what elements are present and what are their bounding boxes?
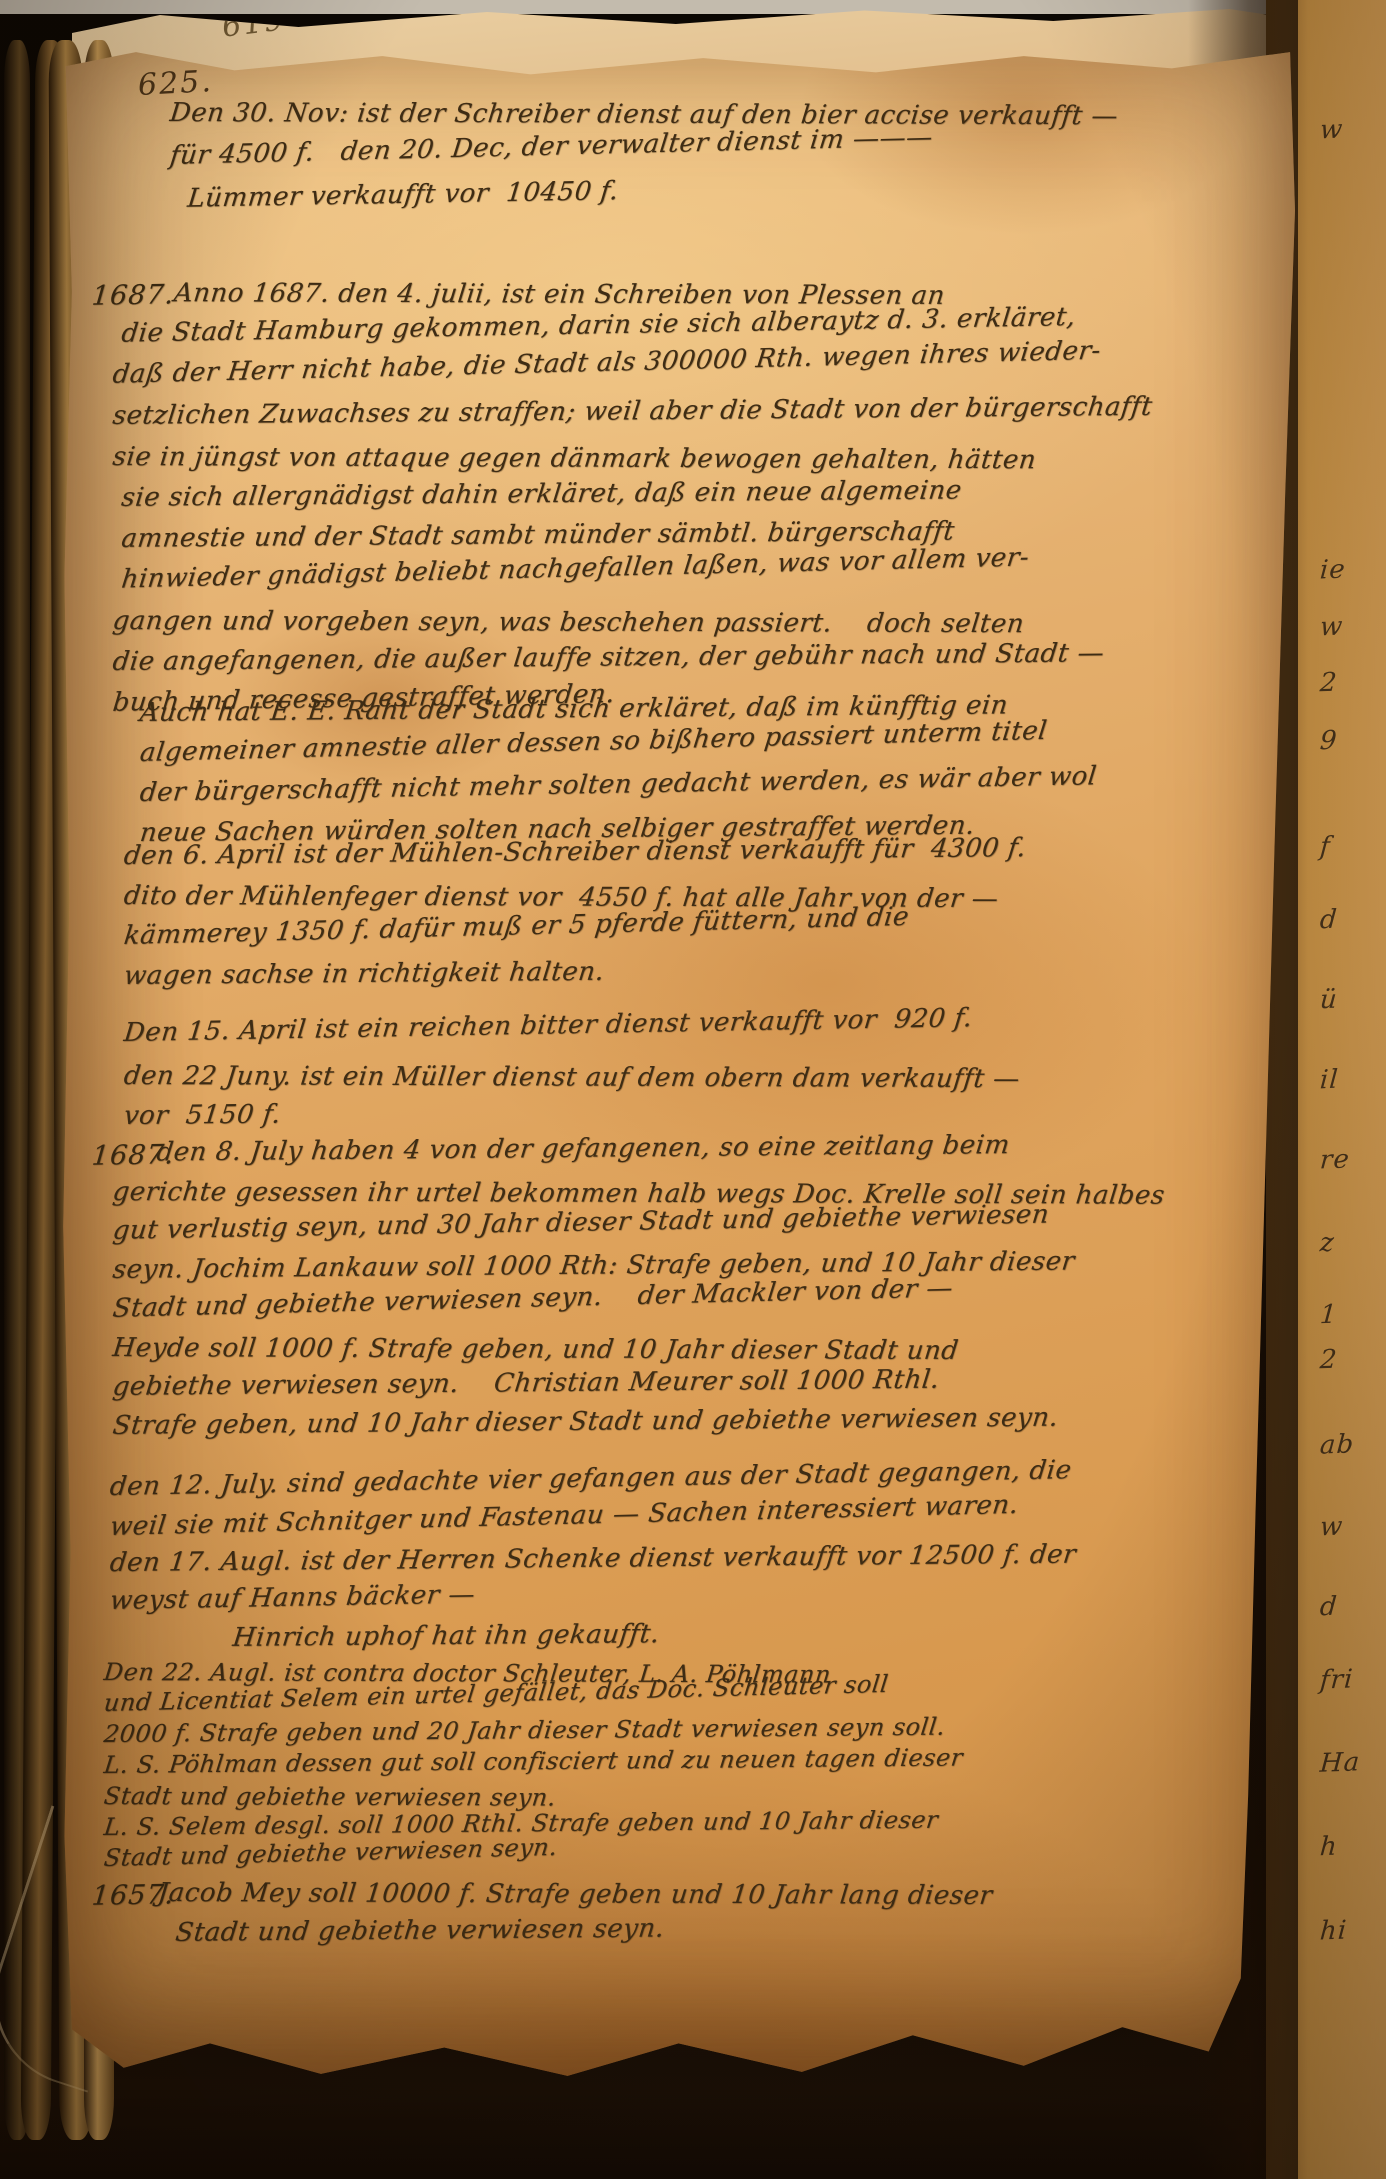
manuscript-photo: 619 wiew29fdüilrez12abwdfriHahhi 625. De… xyxy=(0,0,1386,2179)
edge-fragment: il xyxy=(1319,1065,1340,1096)
edge-fragment: 1 xyxy=(1319,1300,1339,1331)
manuscript-line: die angefangenen, die außer lauffe sitze… xyxy=(103,640,1106,675)
edge-fragment: ab xyxy=(1319,1429,1355,1460)
manuscript-line: den 6. April ist der Mühlen-Schreiber di… xyxy=(123,835,1028,869)
manuscript-line: gut verlustig seyn, und 30 Jahr dieser S… xyxy=(103,1202,1051,1244)
edge-fragment: re xyxy=(1319,1144,1351,1175)
edge-fragment: h xyxy=(1319,1832,1339,1863)
manuscript-line: Hinrich uphof hat ihn gekaufft. xyxy=(109,1621,661,1652)
manuscript-line: gebiethe verwiesen seyn. Christian Meure… xyxy=(103,1367,941,1400)
manuscript-line: den 22 Juny. ist ein Müller dienst auf d… xyxy=(123,1063,1022,1092)
manuscript-line: den 17. Augl. ist der Herren Schenke die… xyxy=(109,1542,1078,1576)
manuscript-line: Den 30. Nov: ist der Schreiber dienst au… xyxy=(169,100,1120,129)
edge-fragment: d xyxy=(1319,1592,1339,1623)
manuscript-line: sie sich allergnädigst dahin erkläret, d… xyxy=(103,478,964,511)
manuscript-text-layer: Den 30. Nov: ist der Schreiber dienst au… xyxy=(62,48,1295,2080)
manuscript-line: Lümmer verkaufft vor 10450 f. xyxy=(169,178,620,212)
edge-fragment: fri xyxy=(1319,1664,1355,1695)
manuscript-line: Stadt und gebiethe verwiesen seyn. xyxy=(157,1916,666,1946)
edge-fragment: w xyxy=(1319,612,1344,643)
manuscript-line: Strafe geben, und 10 Jahr dieser Stadt u… xyxy=(103,1405,1060,1439)
edge-fragment: 2 xyxy=(1319,1345,1339,1376)
manuscript-line: Anno 1687. den 4. julii, ist ein Schreib… xyxy=(103,280,947,309)
manuscript-line: den 8. July haben 4 von der gefangenen, … xyxy=(103,1132,1012,1166)
manuscript-line: sie in jüngst von attaque gegen dänmark … xyxy=(103,444,1038,473)
manuscript-line: setzlichen Zuwachses zu straffen; weil a… xyxy=(103,394,1154,429)
edge-fragment: 9 xyxy=(1319,726,1339,757)
manuscript-line: gangen und vorgeben seyn, was beschehen … xyxy=(103,608,1026,637)
manuscript-line: Heyde soll 1000 f. Strafe geben, und 10 … xyxy=(103,1335,960,1364)
manuscript-line: der bürgerschafft nicht mehr solten geda… xyxy=(139,763,1098,806)
manuscript-line: 2000 f. Strafe geben und 20 Jahr dieser … xyxy=(103,1715,947,1746)
manuscript-line: für 4500 f. den 20. Dec, der verwalter d… xyxy=(168,124,934,169)
edge-fragment: hi xyxy=(1319,1916,1348,1947)
manuscript-line: vor 5150 f. xyxy=(123,1102,283,1129)
manuscript-line: L. S. Pöhlman dessen gut soll confiscier… xyxy=(103,1746,965,1777)
edge-fragment: d xyxy=(1319,905,1339,936)
edge-fragment: z xyxy=(1319,1228,1336,1258)
edge-fragment: ie xyxy=(1319,555,1347,586)
edge-fragment: w xyxy=(1319,115,1344,146)
scan-background-strip xyxy=(0,0,1386,14)
edge-fragment: ü xyxy=(1319,985,1339,1016)
manuscript-page: 625. Den 30. Nov: ist der Schreiber dien… xyxy=(62,48,1295,2080)
edge-fragment: w xyxy=(1319,1512,1344,1543)
manuscript-line: wagen sachse in richtigkeit halten. xyxy=(123,959,606,989)
manuscript-line: weyst auf Hanns bäcker — xyxy=(109,1582,477,1614)
manuscript-line: Jacob Mey soll 10000 f. Strafe geben und… xyxy=(157,1880,994,1909)
edge-fragment: Ha xyxy=(1319,1747,1361,1778)
manuscript-line: Den 15. April ist ein reichen bitter die… xyxy=(123,1005,974,1046)
edge-fragment: f xyxy=(1319,832,1332,862)
manuscript-line: Stadt und gebiethe verwiesen seyn. xyxy=(103,1784,558,1810)
edge-fragment: 2 xyxy=(1319,668,1339,699)
